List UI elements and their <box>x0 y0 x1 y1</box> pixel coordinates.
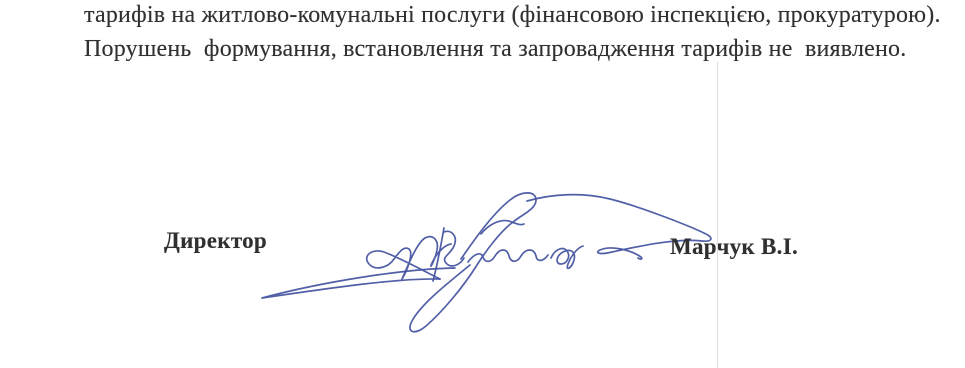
signer-name: Марчук В.І. <box>670 234 798 260</box>
page-fold-line <box>717 62 718 368</box>
scanned-document-page: тарифів на житлово-комунальні послуги (ф… <box>0 0 965 368</box>
handwritten-signature-ink <box>0 0 965 368</box>
